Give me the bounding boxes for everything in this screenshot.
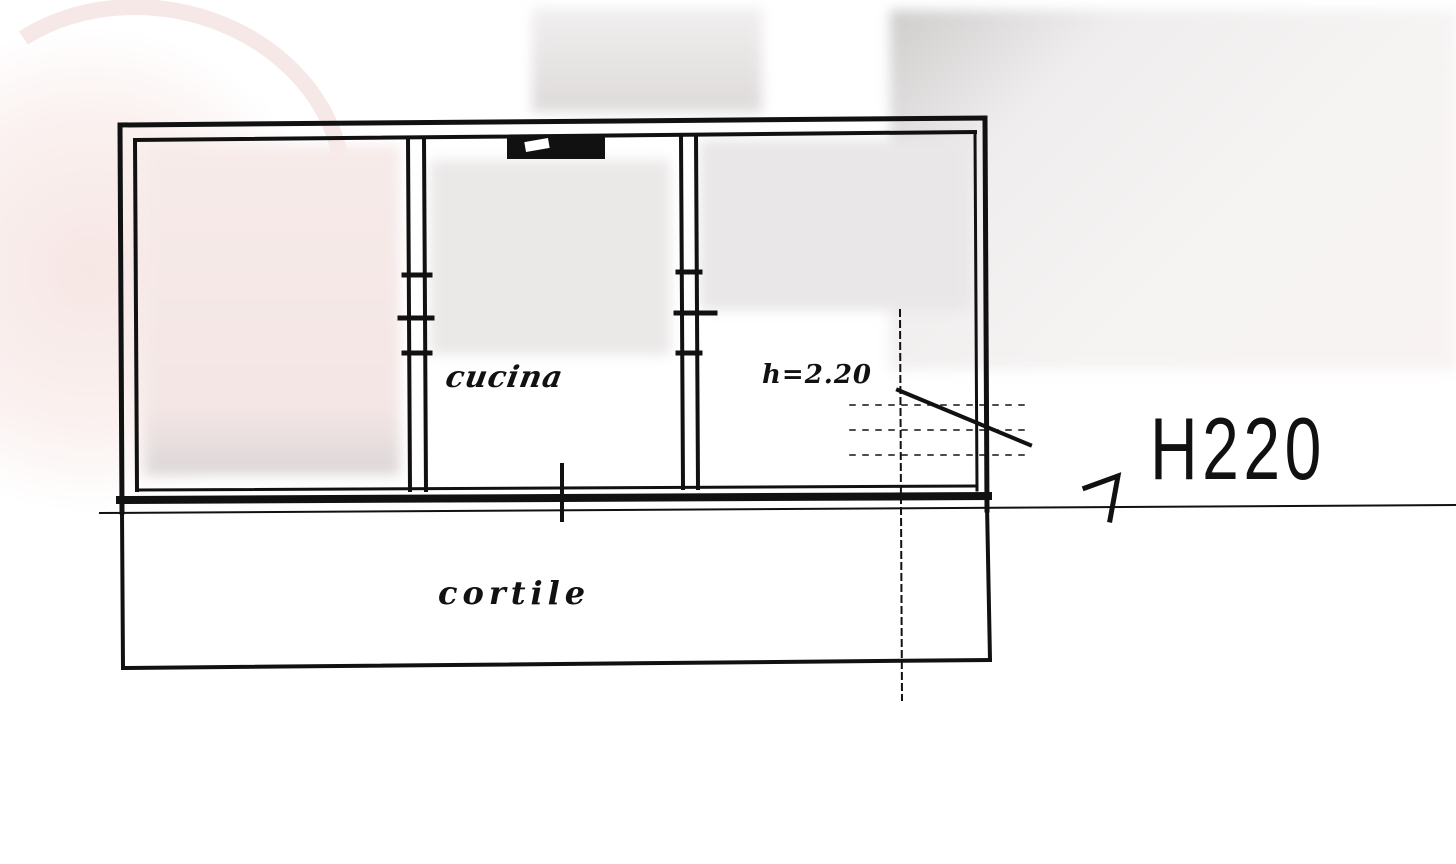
height-annotation: H220: [1150, 398, 1326, 500]
room-height-label: h=2.20: [762, 360, 872, 390]
room-label-kitchen: cucina: [443, 360, 566, 395]
courtyard-label: cortile: [438, 574, 590, 612]
